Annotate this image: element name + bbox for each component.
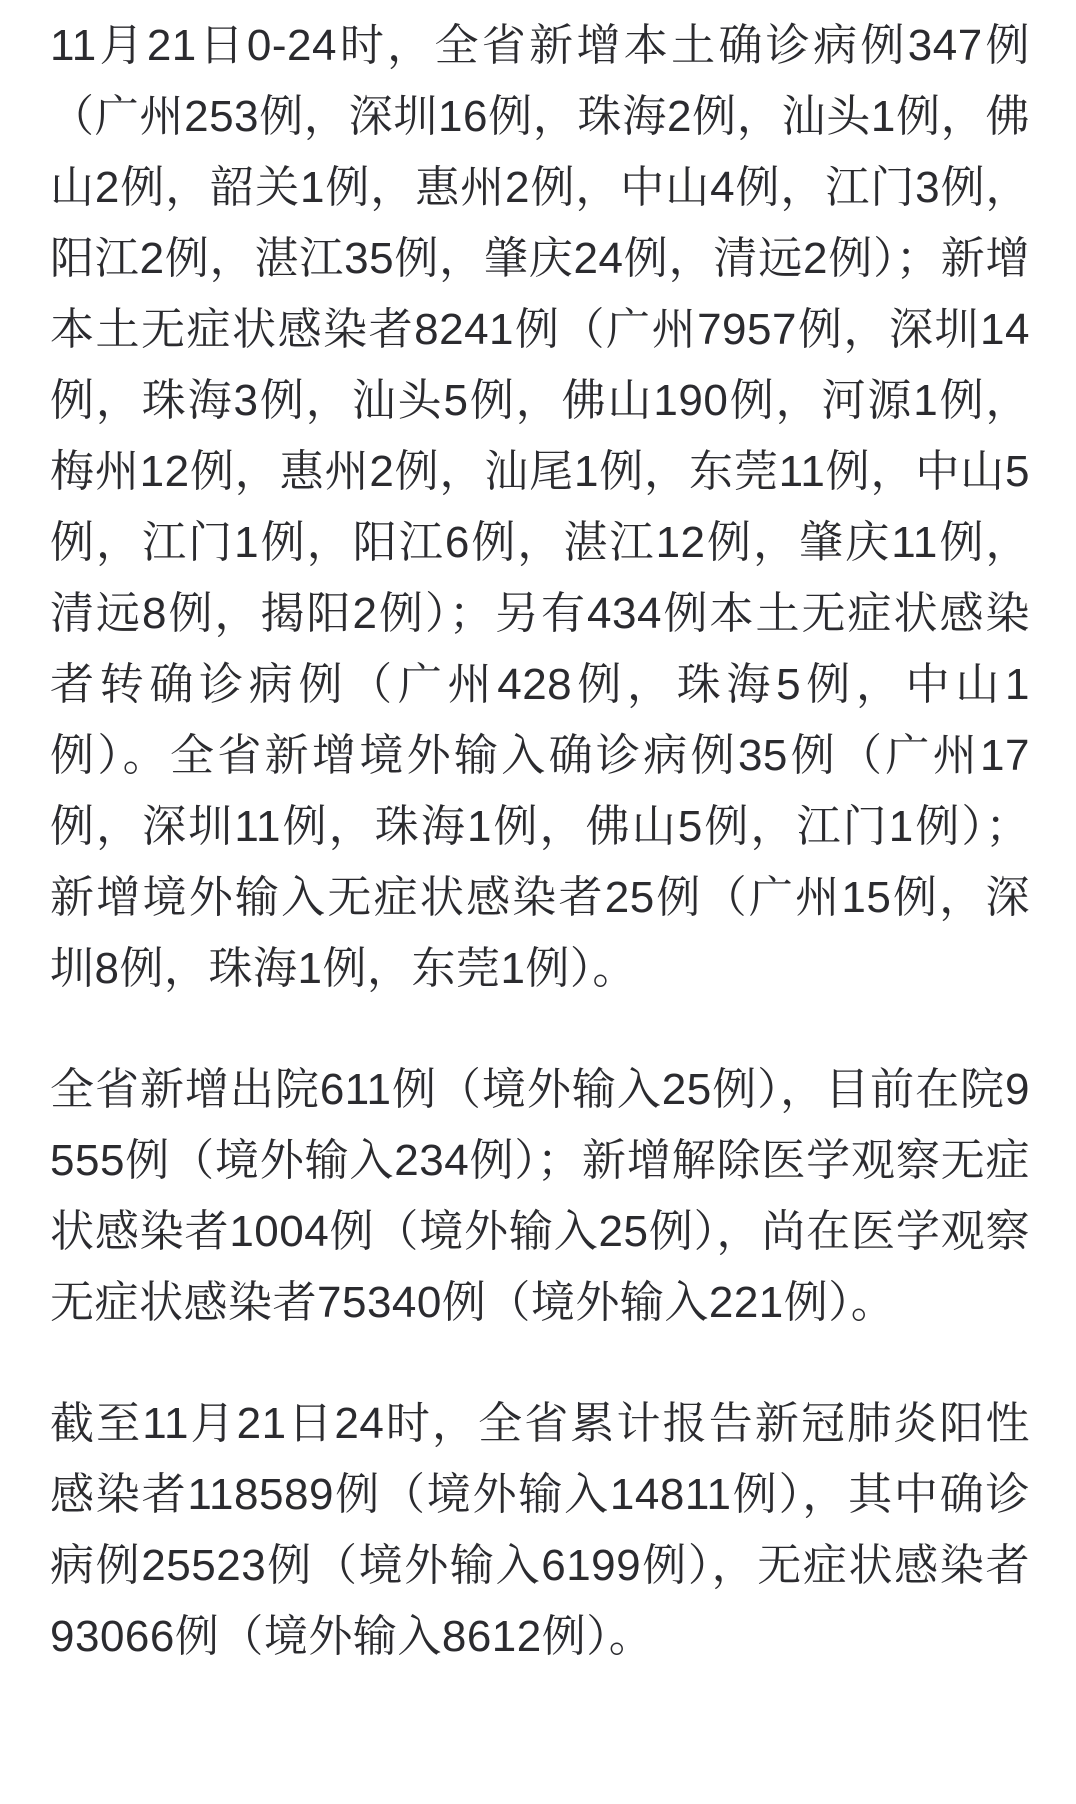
paragraph-daily-new-cases: 11月21日0-24时，全省新增本土确诊病例347例（广州253例，深圳16例，… <box>50 10 1030 1004</box>
paragraph-discharges-and-medical-observation: 全省新增出院611例（境外输入25例），目前在院9555例（境外输入234例）；… <box>50 1054 1030 1338</box>
covid-report-page: 11月21日0-24时，全省新增本土确诊病例347例（广州253例，深圳16例，… <box>0 0 1076 1804</box>
paragraph-cumulative-totals: 截至11月21日24时，全省累计报告新冠肺炎阳性感染者118589例（境外输入1… <box>50 1388 1030 1672</box>
